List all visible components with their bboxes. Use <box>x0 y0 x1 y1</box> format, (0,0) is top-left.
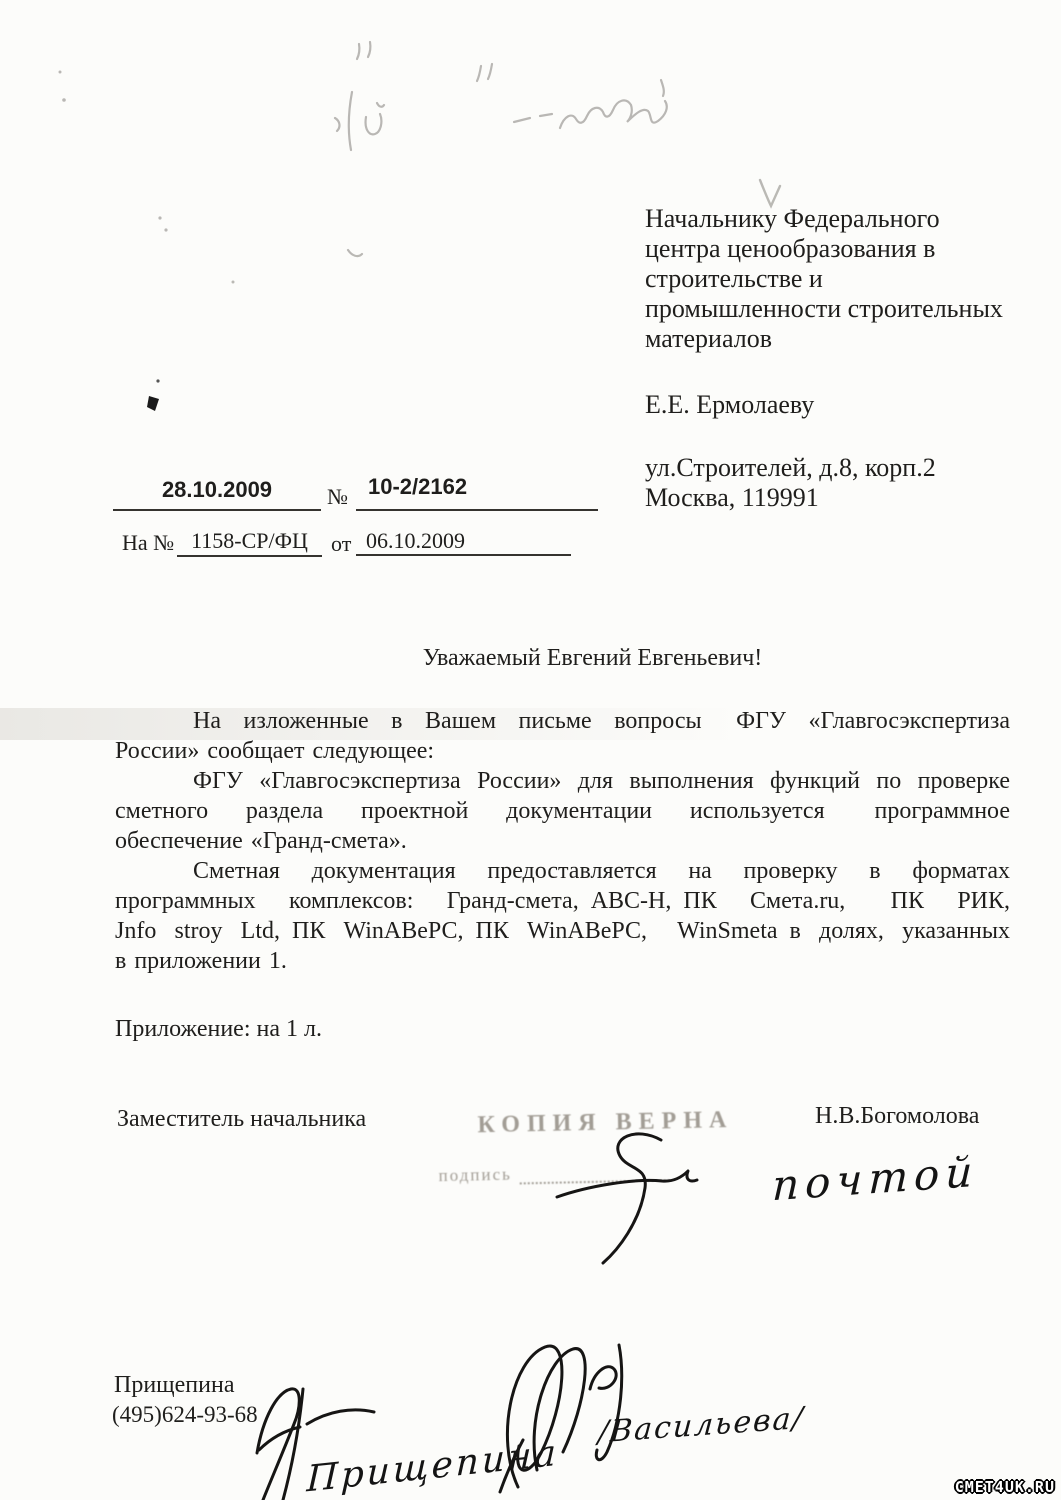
copy-certified-stamp: КОПИЯ ВЕРНА подпись <box>437 1107 738 1186</box>
handwritten-signature-name: Прищепина <box>306 1433 560 1500</box>
body-line: Сметная документация предоставляется на … <box>115 856 1010 886</box>
signer-name: Н.В.Богомолова <box>815 1103 979 1130</box>
body-line: обеспечение «Гранд-смета». <box>115 826 1010 856</box>
number-sign-label: № <box>327 484 348 510</box>
ink-blot <box>147 379 160 411</box>
stamp-signature-label: подпись <box>438 1165 512 1187</box>
recipient-address-line: Москва, 119991 <box>645 483 936 513</box>
stamp-dotted-line <box>520 1165 670 1184</box>
body-line: программных комплексов: Гранд-смета, АВС… <box>115 886 1010 916</box>
executor-phone: (495)624-93-68 <box>112 1402 258 1428</box>
recipient-org-line: материалов <box>645 324 1035 354</box>
recipient-org-line: Начальнику Федерального <box>645 204 1035 234</box>
letter-number: 10-2/2162 <box>356 474 610 500</box>
body-line: Jnfo stroy Ltd, ПК WinАВеРС, ПК WinАВеРС… <box>115 916 1010 946</box>
scanned-letter-page: Начальнику Федерального центра ценообраз… <box>0 0 1061 1500</box>
recipient-org-line: центра ценообразования в <box>645 234 1035 264</box>
handwritten-note: почтой <box>771 1147 979 1211</box>
stamp-text: КОПИЯ ВЕРНА <box>437 1107 737 1140</box>
attachment-note: Приложение: на 1 л. <box>115 1016 322 1043</box>
reply-date-label: от <box>331 531 351 557</box>
body-line: сметного раздела проектной документации … <box>115 796 1010 826</box>
reply-number-underline <box>177 555 322 557</box>
number-underline <box>356 509 598 511</box>
recipient-address: ул.Строителей, д.8, корп.2 Москва, 11999… <box>645 453 936 513</box>
recipient-person: Е.Е. Ермолаеву <box>645 390 814 420</box>
letter-date: 28.10.2009 <box>113 477 321 503</box>
recipient-address-line: ул.Строителей, д.8, корп.2 <box>645 453 936 483</box>
reply-date-underline <box>356 554 571 556</box>
recipient-org-line: строительстве и <box>645 264 1035 294</box>
body-line: ФГУ «Главгосэкспертиза России» для выпол… <box>115 766 1010 796</box>
reply-date: 06.10.2009 <box>356 528 581 554</box>
reply-number: 1158-СР/ФЦ <box>177 528 322 554</box>
site-watermark: CMET4UK.RU <box>955 1478 1055 1496</box>
handwritten-second-signature-name: /Васильева/ <box>597 1401 806 1451</box>
salutation: Уважаемый Евгений Евгеньевич! <box>115 645 1040 672</box>
signer-title: Заместитель начальника <box>117 1106 366 1133</box>
date-underline <box>113 509 321 511</box>
recipient-block: Начальнику Федерального центра ценообраз… <box>645 204 1035 354</box>
body-line: На изложенные в Вашем письме вопросы ФГУ… <box>115 706 1010 736</box>
recipient-org-line: промышленности строительных <box>645 294 1035 324</box>
executor-name: Прищепина <box>114 1372 235 1399</box>
reply-to-label: На № <box>122 530 174 556</box>
body-line: России» сообщает следующее: <box>115 736 1010 766</box>
letter-body: На изложенные в Вашем письме вопросы ФГУ… <box>115 706 1010 976</box>
body-line: в приложении 1. <box>115 946 1010 976</box>
